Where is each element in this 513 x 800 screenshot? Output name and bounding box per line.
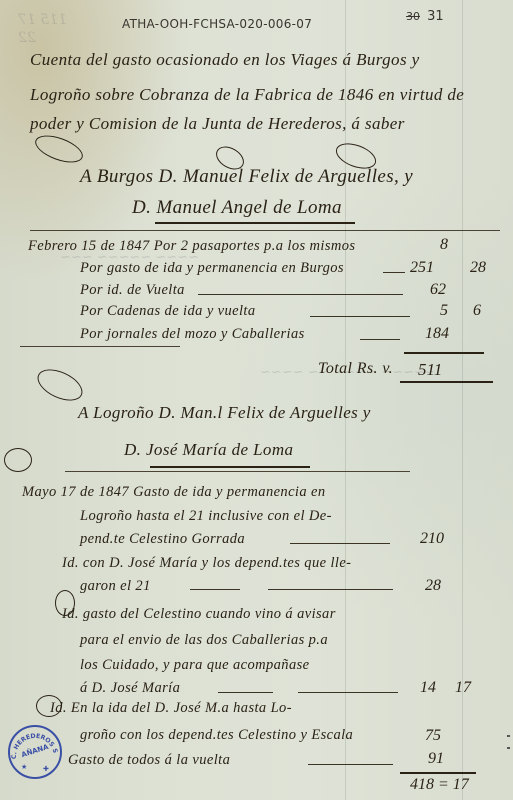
title-line: Logroño sobre Cobranza de la Fabrica de …	[30, 85, 464, 105]
expense-entry-line: Gasto de todos á la vuelta	[68, 752, 230, 769]
title-line: Cuenta del gasto ocasionado en los Viage…	[30, 50, 420, 70]
total-underline	[400, 381, 493, 383]
grand-total-cents: 17	[453, 776, 469, 793]
section-divider	[30, 230, 500, 231]
expense-entry-line: pend.te Celestino Gorrada	[80, 531, 245, 548]
expense-entry-line: Id. con D. José María y los depend.tes q…	[62, 555, 351, 572]
leader-line	[190, 589, 240, 590]
expense-entry: Por jornales del mozo y Caballerias	[80, 326, 305, 343]
expense-entry-line: para el envio de las dos Caballerias p.a	[80, 632, 328, 649]
folio-current: 31	[427, 9, 444, 24]
flourish-ornament	[4, 448, 32, 472]
total-label: Total Rs. v.	[318, 360, 393, 378]
name-underline	[150, 466, 310, 468]
archive-stamp: C. HEREDEROS SALINAS ★ ✚ AÑANA	[8, 725, 62, 779]
leader-line	[383, 272, 405, 273]
section-divider	[65, 471, 410, 472]
expense-amount: 251	[410, 259, 434, 277]
archive-reference-code: ATHA-OOH-FCHSA-020-006-07	[122, 17, 312, 31]
section-2-heading-names: D. José María de Loma	[124, 440, 293, 460]
grand-total-amount: 418 = 17	[410, 776, 469, 794]
expense-entry-line: Logroño hasta el 21 inclusive con el De-	[80, 508, 332, 525]
bleed-through-mark: 115 17	[18, 12, 67, 28]
svg-text:✚: ✚	[43, 765, 49, 773]
leader-line	[290, 543, 390, 544]
expense-amount: 5	[440, 302, 448, 320]
total-amount: 511	[418, 360, 442, 380]
expense-entry-line: Mayo 17 de 1847 Gasto de ida y permanenc…	[22, 484, 326, 501]
name-underline	[155, 222, 355, 224]
expense-amount: 28	[425, 577, 441, 595]
expense-amount: 14	[420, 679, 436, 697]
leader-line	[298, 692, 398, 693]
expense-cents: 28	[470, 259, 486, 277]
expense-amount: 62	[430, 281, 446, 299]
grand-total-separator: =	[438, 776, 449, 793]
leader-line	[218, 692, 273, 693]
grand-total-value: 418	[410, 776, 434, 793]
bleed-through-mark: 22	[18, 30, 36, 46]
expense-entry: Por gasto de ida y permanencia en Burgos	[80, 260, 344, 277]
section-2-heading: A Logroño D. Man.l Felix de Arguelles y	[78, 403, 371, 423]
sum-rule	[400, 772, 476, 774]
expense-amount: 75	[425, 727, 441, 745]
section-1-heading-names: D. Manuel Angel de Loma	[132, 197, 342, 219]
expense-entry: Por id. de Vuelta	[80, 282, 185, 299]
expense-entry-line: Id. gasto del Celestino cuando vino á av…	[62, 606, 336, 623]
leader-line	[310, 316, 410, 317]
margin-line	[20, 346, 180, 347]
expense-cents: 6	[473, 302, 481, 320]
expense-amount: 184	[425, 325, 449, 343]
title-line: poder y Comision de la Junta de Heredero…	[30, 114, 405, 134]
leader-line	[308, 764, 393, 765]
folio-number: 30 31	[406, 9, 444, 24]
expense-entry-line: Id. En la ida del D. José M.a hasta Lo-	[50, 700, 292, 717]
section-1-heading: A Burgos D. Manuel Felix de Arguelles, y	[80, 166, 413, 188]
sum-rule	[404, 352, 484, 354]
expense-entry-line: á D. José María	[80, 680, 180, 697]
expense-entry-line: garon el 21	[80, 578, 151, 595]
expense-entry: Febrero 15 de 1847 Por 2 pasaportes p.a …	[28, 238, 355, 255]
expense-entry: Por Cadenas de ida y vuelta	[80, 303, 256, 320]
expense-entry-line: groño con los depend.tes Celestino y Esc…	[80, 727, 353, 744]
expense-amount: 8	[440, 236, 448, 254]
expense-entry-line: los Cuidado, y para que acompañase	[80, 657, 309, 674]
leader-line	[360, 339, 400, 340]
leader-line	[268, 589, 393, 590]
svg-text:★: ★	[21, 763, 27, 771]
folio-struck: 30	[406, 10, 420, 23]
leader-line	[198, 294, 403, 295]
edge-mark	[507, 735, 510, 749]
expense-amount: 91	[428, 750, 444, 768]
expense-cents: 17	[455, 679, 471, 697]
expense-amount: 210	[420, 530, 444, 548]
